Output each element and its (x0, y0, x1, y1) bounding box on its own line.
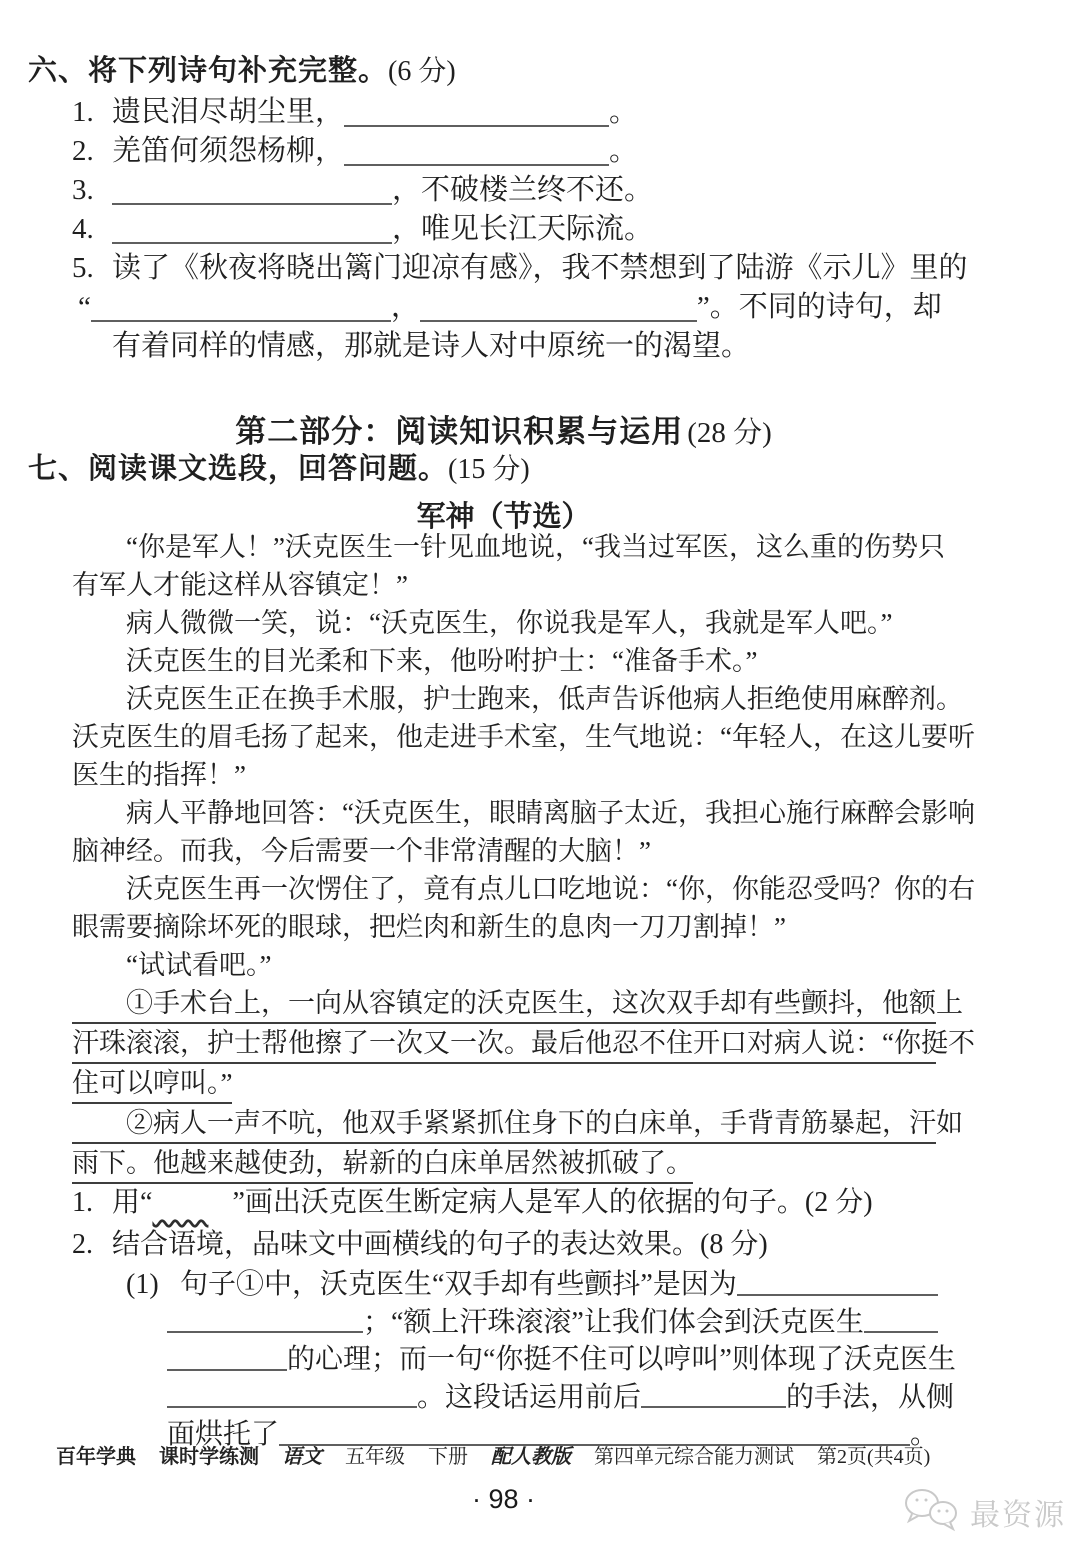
poem-text: ，不破楼兰终不还。 (392, 174, 653, 206)
footer-volume: 下册 (428, 1446, 468, 1468)
section-six-number: 六、 (28, 55, 88, 87)
sub1-line2-text: ；“额上汗珠滚滚”让我们体会到沃克医生 (363, 1304, 864, 1342)
answer-blank (420, 318, 697, 322)
passage-line: 眼需要摘除坏死的眼球，把烂肉和新生的息肉一刀刀割掉！” (72, 908, 936, 946)
watermark: 最资源 (900, 1486, 1066, 1537)
item5-line3: 有着同样的情感，那就是诗人对中原统一的渴望。 (112, 327, 1038, 366)
answer-blank (344, 123, 609, 127)
passage-line: 沃克医生的眉毛扬了起来，他走进手术室，生气地说：“年轻人，在这儿要听 (72, 718, 936, 756)
passage-line: 沃克医生正在换手术服，护士跑来，低声告诉他病人拒绝使用麻醉剂。 (72, 680, 936, 718)
answer-blank (167, 1406, 417, 1408)
sub1-line2: ；“额上汗珠滚滚”让我们体会到沃克医生 (72, 1304, 938, 1342)
poem-text: 羌笛何须怨杨柳， (112, 135, 344, 167)
sub1-line1-text: 句子①中，沃克医生“双手却有些颤抖”是因为 (180, 1266, 737, 1304)
passage-line: 医生的指挥！” (72, 756, 936, 794)
section-seven-points: (15 分) (448, 454, 530, 485)
footer: 百年学典课时学练测语文五年级下册配人教版第四单元综合能力测试第2页(共4页) (56, 1444, 1046, 1470)
passage-body: “你是军人！”沃克医生一针见血地说，“我当过军医，这么重的伤势只 有军人才能这样… (72, 528, 936, 1184)
item5-line2: “，”。不同的诗句，却 (78, 288, 1038, 327)
poem-text: 遗民泪尽胡尘里， (112, 96, 344, 128)
passage-line: 沃克医生再一次愣住了，竟有点儿口吃地说：“你，你能忍受吗？你的右 (72, 870, 936, 908)
footer-test-name: 第四单元综合能力测试 (594, 1446, 794, 1468)
question-2: 2. 结合语境，品味文中画横线的句子的表达效果。(8 分) (72, 1224, 938, 1266)
page-number: · 98 · (0, 1484, 1007, 1515)
poem-item-3: 3. ，不破楼兰终不还。 (72, 171, 1038, 210)
passage-line-underlined: 汗珠滚滚，护士帮他擦了一次又一次。最后他忍不住开口对病人说：“你挺不 (72, 1024, 936, 1064)
question-1: 1. 用“”画出沃克医生断定病人是军人的依据的句子。(2 分) (72, 1182, 938, 1224)
comma: ， (391, 291, 420, 323)
footer-page-info: 第2页(共4页) (817, 1446, 930, 1468)
footer-edition: 配人教版 (491, 1446, 571, 1468)
section-six: 六、将下列诗句补充完整。(6 分) 1. 遗民泪尽胡尘里，。 2. 羌笛何须怨杨… (28, 54, 1038, 366)
item-number: 1. (72, 93, 112, 132)
question-1-pre: 用“ (112, 1187, 152, 1218)
poem-items: 1. 遗民泪尽胡尘里，。 2. 羌笛何须怨杨柳，。 3. ，不破楼兰终不还。 4… (72, 93, 1038, 366)
poem-item-1: 1. 遗民泪尽胡尘里，。 (72, 93, 1038, 132)
section-six-points: (6 分) (388, 56, 456, 87)
part2-title: 第二部分：阅读知识积累与运用 (235, 414, 683, 449)
period: 。 (609, 135, 638, 167)
section-seven-title: 七、阅读课文选段，回答问题。(15 分) (28, 452, 530, 487)
answer-blank (112, 201, 392, 205)
question-number: 1. (72, 1182, 112, 1224)
question-2-text: 结合语境，品味文中画横线的句子的表达效果。(8 分) (112, 1224, 768, 1266)
poem-item-5: 5. 读了《秋夜将晓出篱门迎凉有感》，我不禁想到了陆游《示儿》里的 “，”。不同… (72, 249, 1038, 366)
footer-subject: 语文 (282, 1446, 322, 1468)
sub1-line1: (1)句子①中，沃克医生“双手却有些颤抖”是因为 (72, 1266, 938, 1304)
questions-block: 1. 用“”画出沃克医生断定病人是军人的依据的句子。(2 分) 2. 结合语境，… (72, 1182, 938, 1454)
question-2-sub1: (1)句子①中，沃克医生“双手却有些颤抖”是因为 ；“额上汗珠滚滚”让我们体会到… (72, 1266, 938, 1454)
passage-line: “试试看吧。” (72, 946, 936, 984)
item-number: 4. (72, 210, 112, 249)
open-quote: “ (78, 291, 91, 323)
item-number: 3. (72, 171, 112, 210)
passage-line-underlined: ①手术台上，一向从容镇定的沃克医生，这次双手却有些颤抖，他额上 (72, 984, 936, 1024)
section-six-title: 六、将下列诗句补充完整。(6 分) (28, 54, 1038, 89)
sub1-line3: 的心理；而一句“你挺不住可以哼叫”则体现了沃克医生 (72, 1341, 938, 1379)
period: 。 (609, 96, 638, 128)
part2-heading: 第二部分：阅读知识积累与运用 (28 分) (0, 406, 1007, 451)
poem-text: ，唯见长江天际流。 (392, 213, 653, 245)
sub1-line4: 。这段话运用前后的手法，从侧 (72, 1379, 938, 1417)
sub1-marker: (1) (126, 1266, 180, 1304)
answer-blank (344, 162, 609, 166)
passage-line: 脑神经。而我，今后需要一个非常清醒的大脑！” (72, 832, 936, 870)
answer-blank (112, 240, 392, 244)
item-number: 2. (72, 132, 112, 171)
answer-blank (641, 1406, 786, 1408)
item5-line2-post: ”。不同的诗句，却 (697, 291, 942, 323)
section-six-heading: 将下列诗句补充完整。 (88, 55, 388, 87)
part2-points: (28 分) (687, 417, 772, 449)
footer-grade: 五年级 (345, 1446, 405, 1468)
poem-item-2: 2. 羌笛何须怨杨柳，。 (72, 132, 1038, 171)
chat-bubbles-icon (900, 1486, 964, 1537)
question-number: 2. (72, 1224, 112, 1266)
answer-blank (167, 1369, 287, 1371)
question-1-post: ”画出沃克医生断定病人是军人的依据的句子。(2 分) (232, 1187, 872, 1218)
passage-line: 病人平静地回答：“沃克医生，眼睛离脑子太近，我担心施行麻醉会影响 (72, 794, 936, 832)
sub1-line3-text: 的心理；而一句“你挺不住可以哼叫”则体现了沃克医生 (287, 1341, 956, 1379)
passage-line-underlined: ②病人一声不吭，他双手紧紧抓住身下的白床单，手背青筋暴起，汗如 (72, 1104, 936, 1144)
wavy-line-mark (152, 1182, 232, 1224)
sub1-line4-text2: 的手法，从侧 (786, 1379, 954, 1417)
passage-line: 沃克医生的目光柔和下来，他吩咐护士：“准备手术。” (72, 642, 936, 680)
footer-brand1: 百年学典 (56, 1446, 136, 1468)
item5-line1: 读了《秋夜将晓出篱门迎凉有感》，我不禁想到了陆游《示儿》里的 (112, 249, 1038, 288)
passage-line-underlined: 雨下。他越来越使劲，崭新的白床单居然被抓破了。 (72, 1144, 936, 1184)
answer-blank (864, 1331, 938, 1333)
section-seven-number: 七、 (28, 453, 88, 485)
section-seven-heading: 阅读课文选段，回答问题。 (88, 453, 448, 485)
worksheet-page: 六、将下列诗句补充完整。(6 分) 1. 遗民泪尽胡尘里，。 2. 羌笛何须怨杨… (0, 0, 1080, 1560)
passage-line: 病人微微一笑，说：“沃克医生，你说我是军人，我就是军人吧。” (72, 604, 936, 642)
poem-item-4: 4. ，唯见长江天际流。 (72, 210, 1038, 249)
answer-blank (91, 318, 391, 322)
watermark-text: 最资源 (970, 1490, 1066, 1534)
passage-line-underlined: 住可以哼叫。” (72, 1064, 936, 1104)
answer-blank (737, 1294, 938, 1296)
passage-line: “你是军人！”沃克医生一针见血地说，“我当过军医，这么重的伤势只 (72, 528, 936, 566)
footer-brand2: 课时学练测 (159, 1446, 259, 1468)
sub1-line4-text1: 。这段话运用前后 (417, 1379, 641, 1417)
passage-line: 有军人才能这样从容镇定！” (72, 566, 936, 604)
answer-blank (167, 1331, 363, 1333)
